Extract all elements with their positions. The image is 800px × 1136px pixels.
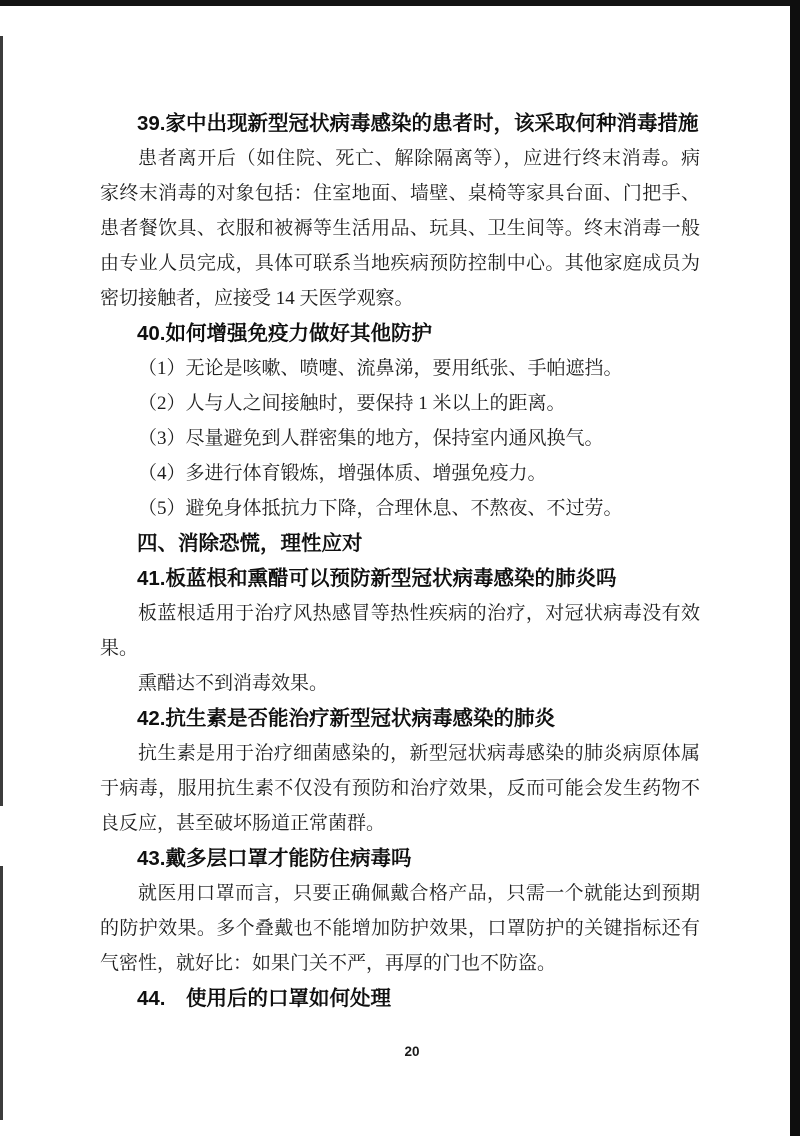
text-line: 就医用口罩而言，只要正确佩戴合格产品，只需一个就能达到预期 (100, 876, 700, 911)
question-heading: 39.家中出现新型冠状病毒感染的患者时，该采取何种消毒措施 (100, 106, 700, 141)
text-line: 良反应，甚至破坏肠道正常菌群。 (100, 806, 700, 841)
question-heading: 四、消除恐慌，理性应对 (100, 526, 700, 561)
question-heading: 40.如何增强免疫力做好其他防护 (100, 316, 700, 351)
scan-border-left (0, 36, 3, 1120)
question-heading: 44. 使用后的口罩如何处理 (100, 981, 700, 1016)
question-heading: 42.抗生素是否能治疗新型冠状病毒感染的肺炎 (100, 701, 700, 736)
text-line: 气密性，就好比：如果门关不严，再厚的门也不防盗。 (100, 946, 700, 981)
scan-border-top (0, 0, 800, 6)
text-line: （2）人与人之间接触时，要保持 1 米以上的距离。 (100, 386, 700, 421)
text-line: （3）尽量避免到人群密集的地方，保持室内通风换气。 (100, 421, 700, 456)
text-line: 的防护效果。多个叠戴也不能增加防护效果，口罩防护的关键指标还有 (100, 911, 700, 946)
text-line: 由专业人员完成，具体可联系当地疾病预防控制中心。其他家庭成员为 (100, 246, 700, 281)
text-line: 密切接触者，应接受 14 天医学观察。 (100, 281, 700, 316)
text-line: 患者餐饮具、衣服和被褥等生活用品、玩具、卫生间等。终末消毒一般 (100, 211, 700, 246)
scanned-document-page: { "page": { "number": "20", "background_… (0, 0, 800, 1136)
question-heading: 41.板蓝根和熏醋可以预防新型冠状病毒感染的肺炎吗 (100, 561, 700, 596)
text-line: 患者离开后（如住院、死亡、解除隔离等），应进行终末消毒。病 (100, 141, 700, 176)
text-line: 果。 (100, 631, 700, 666)
document-body: 39.家中出现新型冠状病毒感染的患者时，该采取何种消毒措施患者离开后（如住院、死… (100, 106, 700, 1016)
text-line: （5）避免身体抵抗力下降，合理休息、不熬夜、不过劳。 (100, 491, 700, 526)
text-line: 熏醋达不到消毒效果。 (100, 666, 700, 701)
page-number: 20 (12, 1044, 800, 1059)
text-line: 于病毒，服用抗生素不仅没有预防和治疗效果，反而可能会发生药物不 (100, 771, 700, 806)
text-line: 板蓝根适用于治疗风热感冒等热性疾病的治疗，对冠状病毒没有效 (100, 596, 700, 631)
question-heading: 43.戴多层口罩才能防住病毒吗 (100, 841, 700, 876)
text-line: 家终末消毒的对象包括：住室地面、墙壁、桌椅等家具台面、门把手、 (100, 176, 700, 211)
text-line: （4）多进行体育锻炼，增强体质、增强免疫力。 (100, 456, 700, 491)
text-line: （1）无论是咳嗽、喷嚏、流鼻涕，要用纸张、手帕遮挡。 (100, 351, 700, 386)
scan-border-right (790, 0, 800, 1136)
text-line: 抗生素是用于治疗细菌感染的，新型冠状病毒感染的肺炎病原体属 (100, 736, 700, 771)
